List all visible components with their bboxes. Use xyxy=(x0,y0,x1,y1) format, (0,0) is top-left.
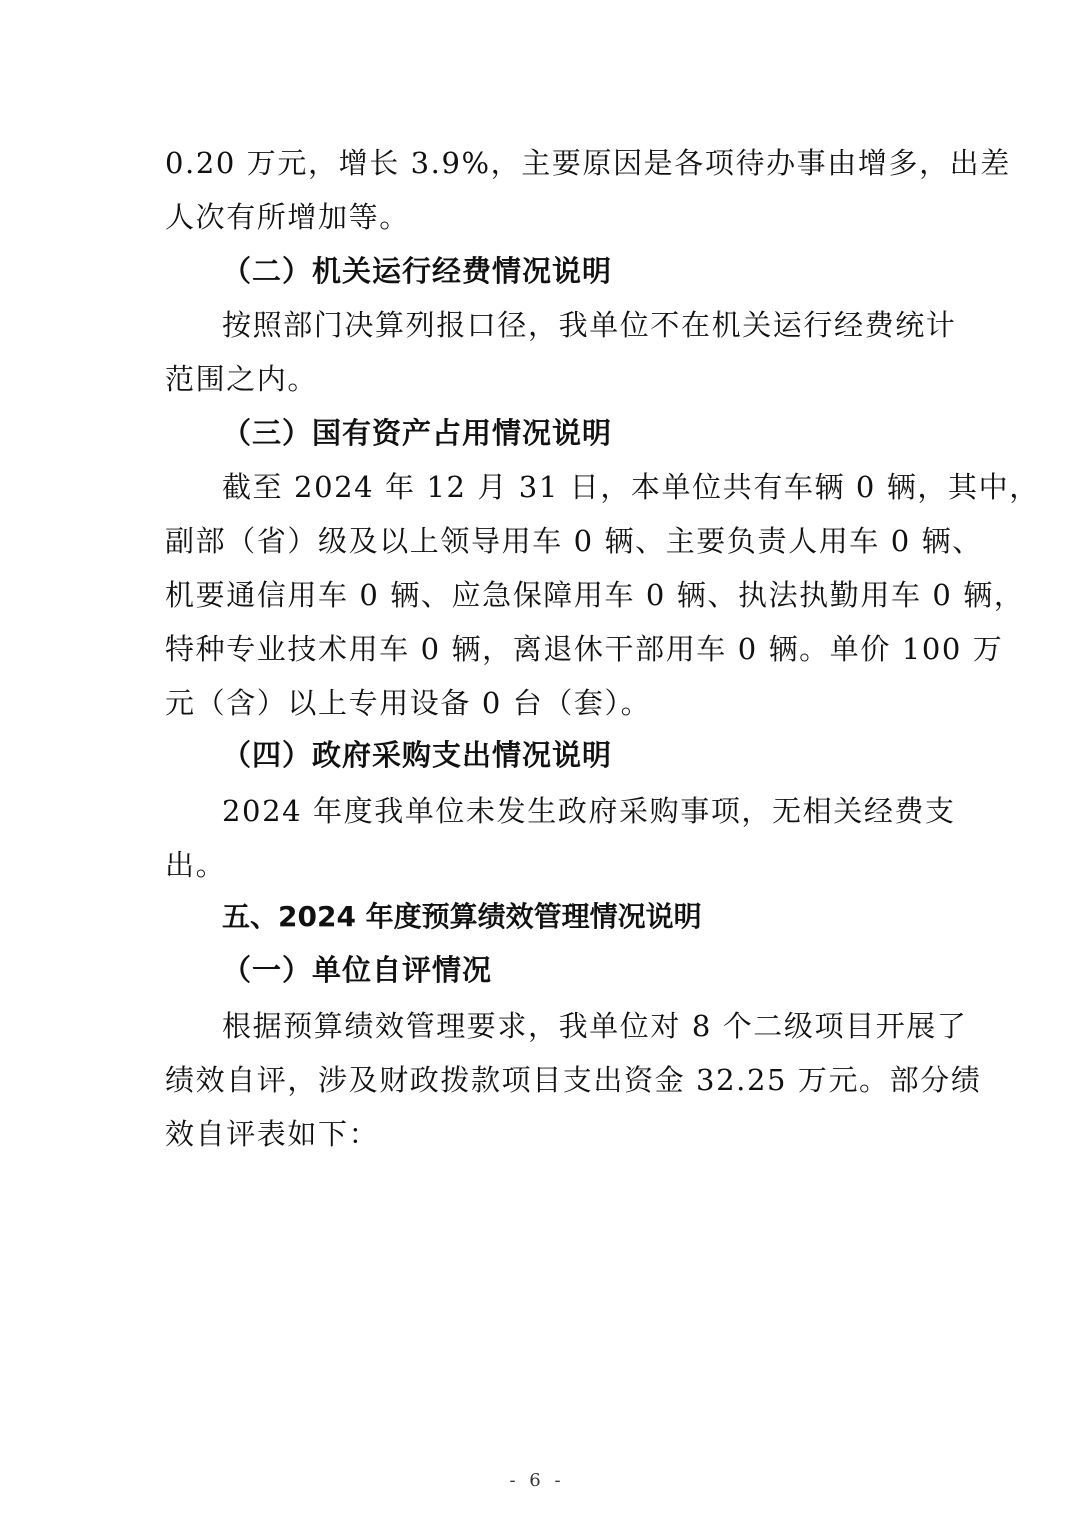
section-heading-4: （四）政府采购支出情况说明 xyxy=(222,735,972,775)
paragraph-line: 效自评表如下： xyxy=(165,1114,915,1154)
section-heading-2: （二）机关运行经费情况说明 xyxy=(222,251,972,291)
paragraph-line: 机要通信用车 0 辆、应急保障用车 0 辆、执法执勤用车 0 辆， xyxy=(165,575,915,615)
chapter-heading-5: 五、2024 年度预算绩效管理情况说明 xyxy=(222,897,972,937)
paragraph-line: 2024 年度我单位未发生政府采购事项，无相关经费支 xyxy=(222,791,915,831)
paragraph-line: 截至 2024 年 12 月 31 日，本单位共有车辆 0 辆，其中， xyxy=(222,467,915,507)
paragraph-line: 绩效自评，涉及财政拨款项目支出资金 32.25 万元。部分绩 xyxy=(165,1060,915,1100)
paragraph-line: 范围之内。 xyxy=(165,359,915,399)
paragraph-line: 元（含）以上专用设备 0 台（套）。 xyxy=(165,683,915,723)
document-page: 0.20 万元，增长 3.9%，主要原因是各项待办事由增多，出差 人次有所增加等… xyxy=(0,0,1074,1520)
paragraph-line: 按照部门决算列报口径，我单位不在机关运行经费统计 xyxy=(222,305,915,345)
paragraph-line: 人次有所增加等。 xyxy=(165,197,915,237)
paragraph-line: 0.20 万元，增长 3.9%，主要原因是各项待办事由增多，出差 xyxy=(165,143,915,183)
paragraph-line: 特种专业技术用车 0 辆，离退休干部用车 0 辆。单价 100 万 xyxy=(165,629,915,669)
page-number: - 6 - xyxy=(0,1470,1074,1491)
paragraph-line: 出。 xyxy=(165,845,915,885)
paragraph-line: 副部（省）级及以上领导用车 0 辆、主要负责人用车 0 辆、 xyxy=(165,521,915,561)
section-heading-3: （三）国有资产占用情况说明 xyxy=(222,413,972,453)
paragraph-line: 根据预算绩效管理要求，我单位对 8 个二级项目开展了 xyxy=(222,1006,915,1046)
section-heading-5-1: （一）单位自评情况 xyxy=(222,950,972,990)
